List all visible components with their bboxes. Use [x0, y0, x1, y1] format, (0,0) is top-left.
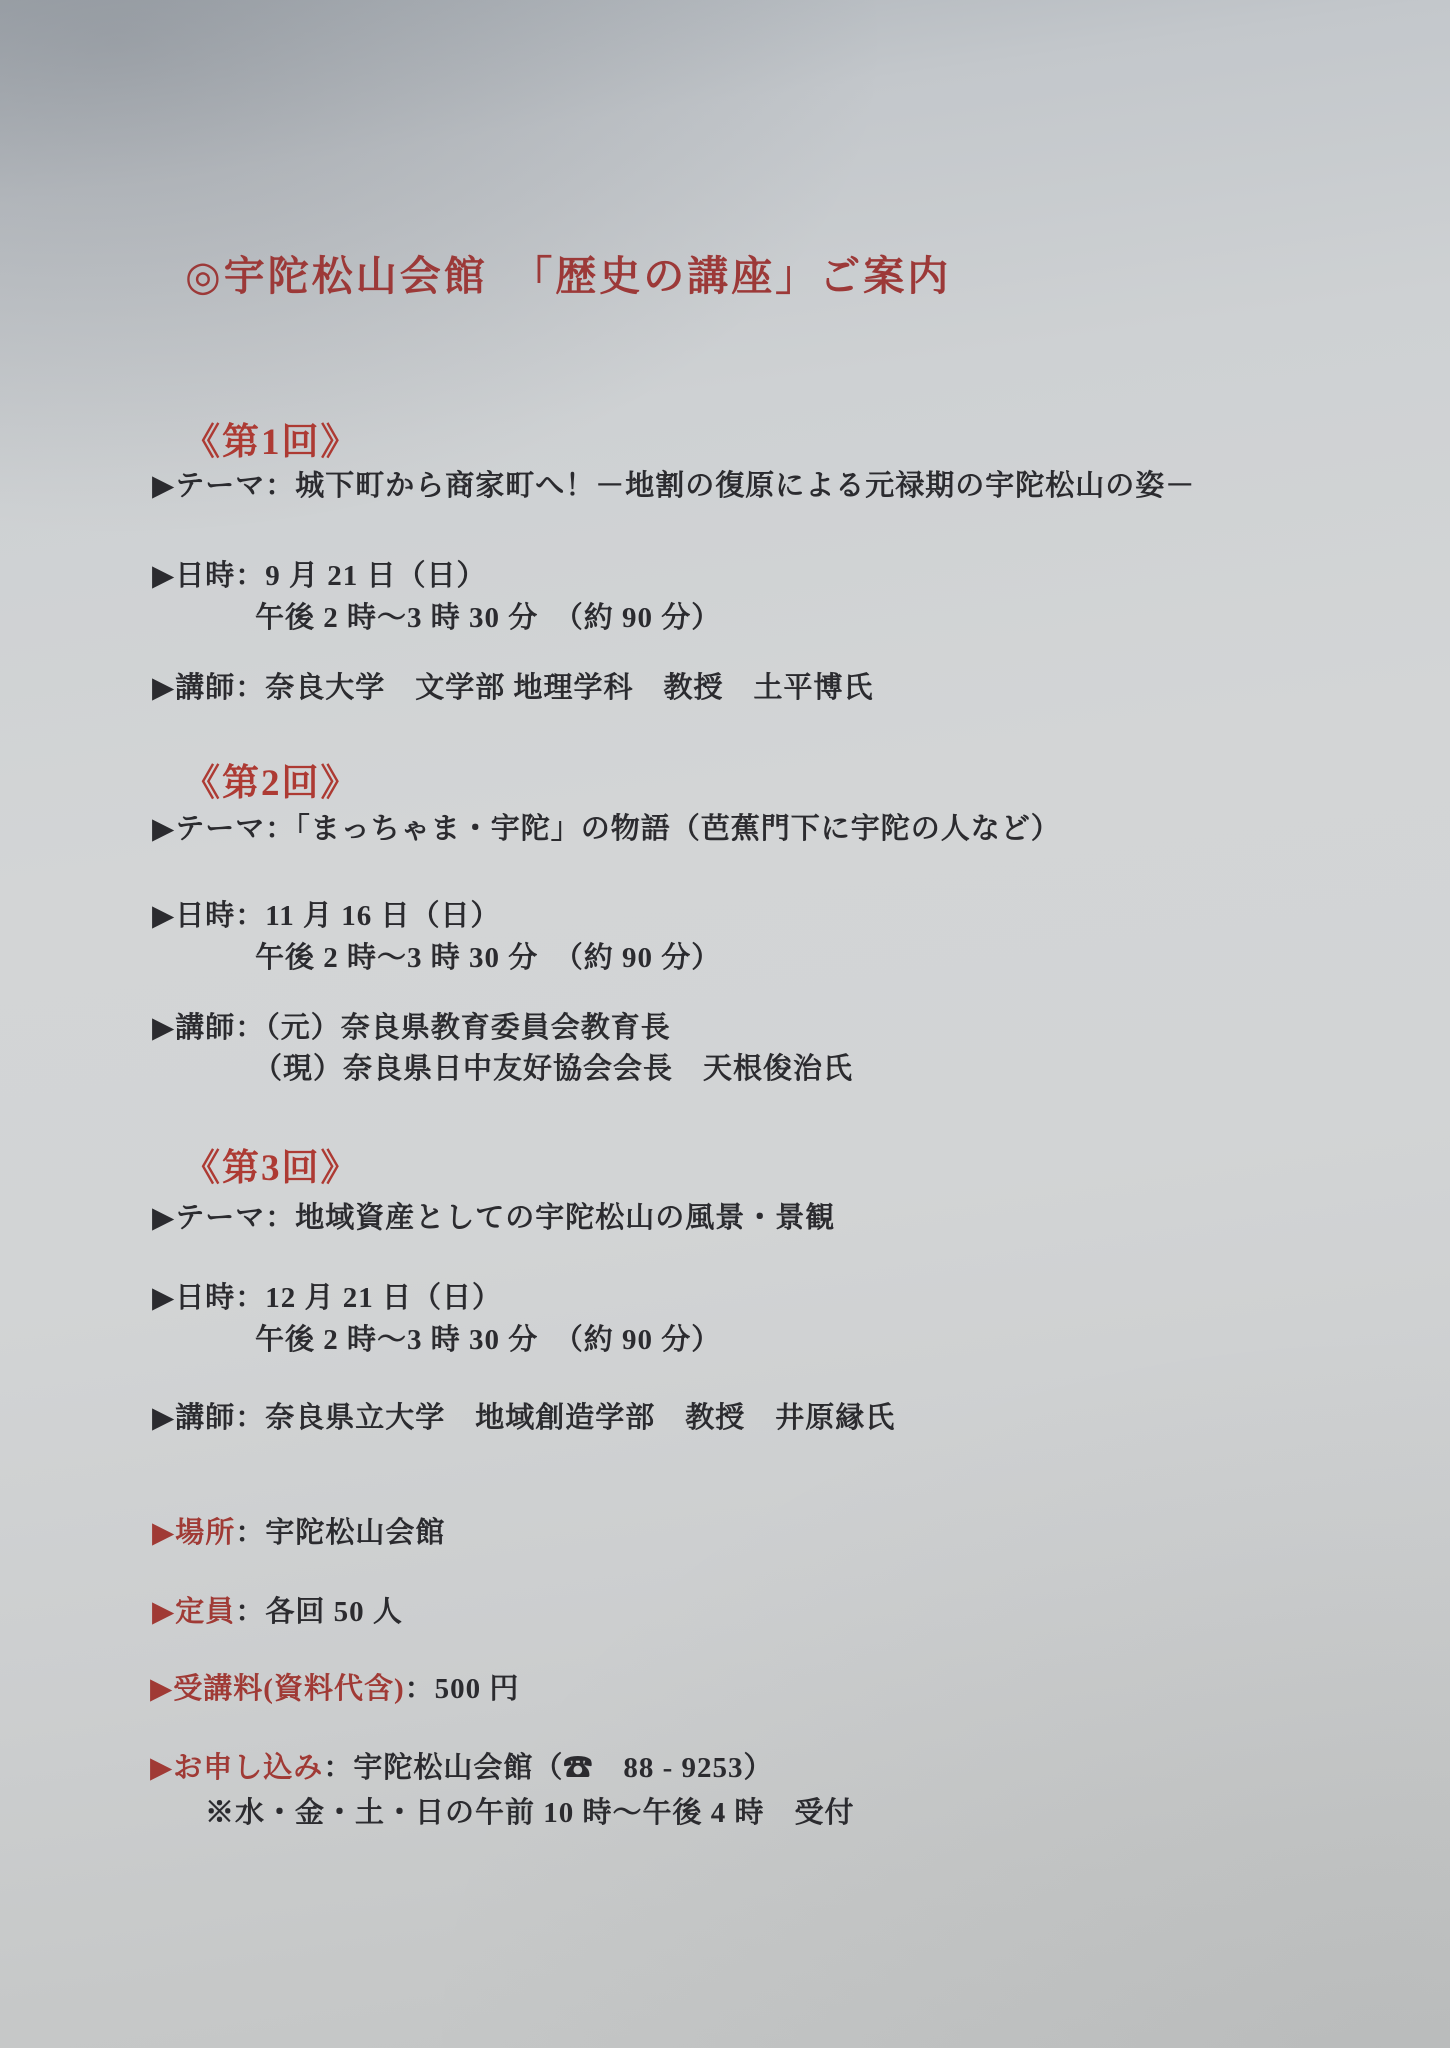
- session-2-datetime: ▶日時：11 月 16 日（日）: [152, 893, 500, 934]
- session-3-theme: ▶テーマ：地域資産としての宇陀松山の風景・景観: [152, 1195, 835, 1236]
- session-1-datetime: ▶日時：9 月 21 日（日）: [152, 553, 487, 594]
- page-title: ◎宇陀松山会館 「歴史の講座」ご案内: [185, 243, 951, 302]
- session-2-lecturer-line-2: （現）奈良県日中友好協会会長 天根俊治氏: [253, 1046, 853, 1087]
- detail-apply: ▶お申し込み：宇陀松山会館（☎ 88 - 9253）: [150, 1745, 773, 1786]
- session-1-heading: 《第1回》: [183, 411, 360, 465]
- session-3-lecturer: ▶講師：奈良県立大学 地域創造学部 教授 井原縁氏: [152, 1395, 895, 1436]
- detail-apply-label: ▶お申し込み: [150, 1752, 323, 1784]
- detail-fee-value: ：500 円: [405, 1673, 520, 1705]
- session-2-heading: 《第2回》: [183, 752, 360, 806]
- session-1-lecturer: ▶講師：奈良大学 文学部 地理学科 教授 土平博氏: [152, 665, 874, 706]
- session-1-time: 午後 2 時～3 時 30 分 （約 90 分）: [255, 595, 721, 636]
- detail-place-value: ：宇陀松山会館: [235, 1517, 445, 1549]
- session-3-datetime: ▶日時：12 月 21 日（日）: [152, 1275, 502, 1316]
- detail-place-label: ▶場所: [152, 1517, 235, 1549]
- document-page: ◎宇陀松山会館 「歴史の講座」ご案内 《第1回》 ▶テーマ：城下町から商家町へ！…: [0, 0, 1450, 2048]
- detail-capacity-value: ：各回 50 人: [235, 1596, 403, 1628]
- detail-capacity: ▶定員：各回 50 人: [152, 1589, 403, 1630]
- session-2-time: 午後 2 時～3 時 30 分 （約 90 分）: [255, 935, 721, 976]
- detail-capacity-label: ▶定員: [152, 1596, 235, 1628]
- session-3-time: 午後 2 時～3 時 30 分 （約 90 分）: [255, 1317, 721, 1358]
- detail-apply-value: ：宇陀松山会館（☎ 88 - 9253）: [323, 1752, 773, 1784]
- session-3-heading: 《第3回》: [183, 1137, 360, 1191]
- session-2-lecturer-line-1: ▶講師：（元）奈良県教育委員会教育長: [152, 1005, 671, 1046]
- detail-fee: ▶受講料(資料代含)：500 円: [150, 1666, 519, 1707]
- detail-place: ▶場所：宇陀松山会館: [152, 1510, 445, 1551]
- session-1-theme: ▶テーマ：城下町から商家町へ！－地割の復原による元禄期の宇陀松山の姿－: [152, 463, 1195, 504]
- session-2-theme: ▶テーマ：「まっちゃま・宇陀」の物語（芭蕉門下に宇陀の人など）: [152, 806, 1061, 847]
- detail-fee-label: ▶受講料(資料代含): [150, 1673, 405, 1705]
- detail-apply-note: ※水・金・土・日の午前 10 時～午後 4 時 受付: [205, 1790, 855, 1831]
